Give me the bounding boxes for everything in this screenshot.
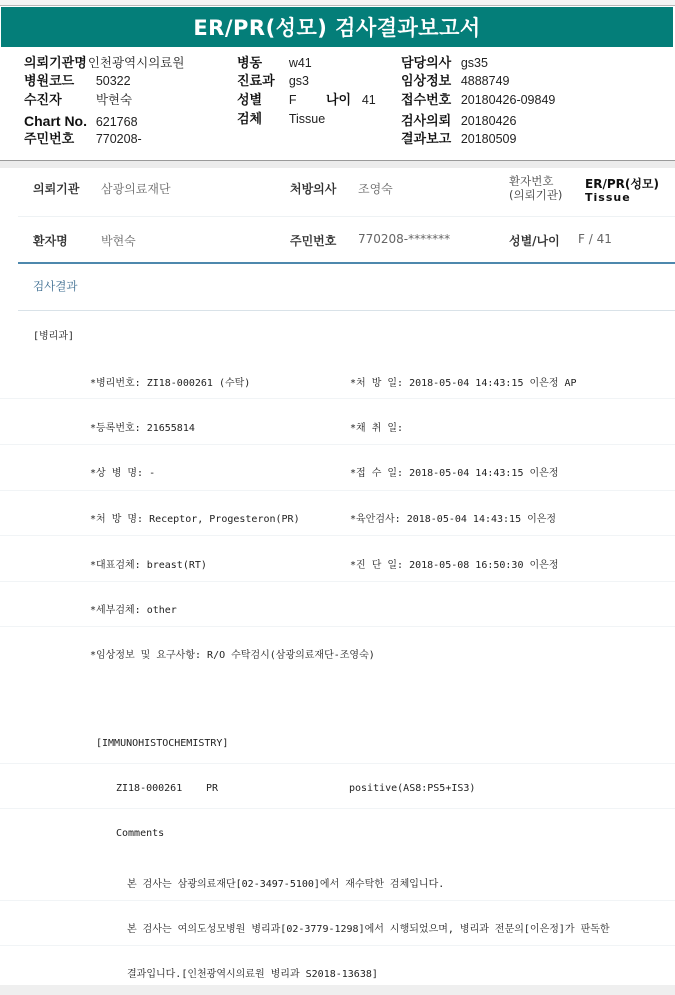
row-divider bbox=[0, 900, 675, 901]
result-diagnosis-date: *진 단 일: 2018-05-08 16:50:30 이은정 bbox=[350, 556, 558, 571]
results-section-title: 검사결과 bbox=[33, 278, 77, 294]
comments-label: Comments bbox=[116, 828, 164, 839]
row-divider bbox=[0, 808, 675, 809]
result-collection-date: *채 취 일: bbox=[350, 419, 403, 434]
header-hospital-code: 병원코드 50322 bbox=[24, 72, 131, 91]
result-order-date: *처 방 일: 2018-05-04 14:43:15 이은정 AP bbox=[350, 374, 577, 389]
result-clinical-request: *임상정보 및 요구사항: R/O 수탁검시(삼광의료재단-조영숙) bbox=[90, 646, 375, 661]
header-rrn: 주민번호 770208- bbox=[24, 130, 142, 149]
header-report-date: 결과보고 20180509 bbox=[401, 130, 516, 149]
comment-line-1: 본 검사는 삼광의료재단[02-3497-5100]에서 재수탁한 검체입니다. bbox=[127, 875, 444, 890]
row-divider bbox=[0, 763, 675, 764]
row-divider bbox=[18, 216, 675, 217]
header-sex: 성별 F bbox=[237, 91, 296, 110]
header-specimen: 검체 Tissue bbox=[237, 110, 325, 129]
header-attending: 담당의사 gs35 bbox=[401, 54, 488, 73]
header-receipt-no: 접수번호 20180426-09849 bbox=[401, 91, 555, 110]
section-separator bbox=[0, 160, 675, 168]
header-ward: 병동 w41 bbox=[237, 54, 312, 73]
ihc-marker: PR bbox=[206, 783, 218, 794]
ihc-title: [IMMUNOHISTOCHEMISTRY] bbox=[96, 738, 228, 749]
header-request-date: 검사의뢰 20180426 bbox=[401, 112, 516, 131]
ihc-specimen-id: ZI18-000261 bbox=[116, 783, 182, 794]
row-divider bbox=[0, 945, 675, 946]
test-name: ER/PR(성모) bbox=[585, 175, 659, 192]
result-gross-exam: *육안검사: 2018-05-04 14:43:15 이은정 bbox=[350, 510, 556, 525]
ihc-result: positive(AS8:PS5+IS3) bbox=[349, 783, 475, 794]
header-clinical-info: 임상정보 4888749 bbox=[401, 72, 510, 91]
result-registration-no: *등록번호: 21655814 bbox=[90, 419, 195, 434]
test-specimen: Tissue bbox=[585, 191, 631, 204]
header-patient: 수진자 박현숙 bbox=[24, 91, 132, 110]
result-order-name: *처 방 명: Receptor, Progesteron(PR) bbox=[90, 510, 300, 525]
header-age: 나이 41 bbox=[326, 91, 376, 110]
row-divider bbox=[0, 398, 675, 399]
results-divider bbox=[18, 310, 675, 311]
result-sub-specimen: *세부검체: other bbox=[90, 601, 177, 616]
row-divider bbox=[0, 490, 675, 491]
top-border bbox=[0, 0, 675, 6]
row-divider bbox=[0, 535, 675, 536]
header-institution: 의뢰기관명 인천광역시의료원 bbox=[24, 54, 184, 73]
row-divider bbox=[0, 581, 675, 582]
result-pathology-no: *병리번호: ZI18-000261 (수탁) bbox=[90, 374, 250, 389]
report-title-bar: ER/PR(성모) 검사결과보고서 bbox=[1, 7, 673, 47]
department-label: [병리과] bbox=[33, 327, 74, 342]
result-receipt-date: *접 수 일: 2018-05-04 14:43:15 이은정 bbox=[350, 464, 558, 479]
row-divider bbox=[0, 444, 675, 445]
result-diagnosis-name: *상 병 명: - bbox=[90, 464, 155, 479]
row-divider bbox=[0, 626, 675, 627]
section-divider bbox=[18, 262, 675, 264]
bottom-strip bbox=[0, 985, 675, 995]
comment-line-3: 결과입니다.[인천광역시의료원 병리과 S2018-13638] bbox=[127, 965, 378, 980]
result-main-specimen: *대표검체: breast(RT) bbox=[90, 556, 207, 571]
info-row-1: 의뢰기관 삼광의료재단 처방의사 조영숙 환자번호 (의뢰기관) ER/PR(성… bbox=[0, 176, 675, 216]
comment-line-2: 본 검사는 여의도성모병원 병리과[02-3779-1298]에서 시행되었으며… bbox=[127, 920, 610, 935]
info-row-2: 환자명 박현숙 주민번호 770208-******* 성별/나이 F / 41 bbox=[0, 232, 675, 252]
report-title: ER/PR(성모) 검사결과보고서 bbox=[193, 12, 480, 42]
header-department: 진료과 gs3 bbox=[237, 72, 309, 91]
header-chart-no: Chart No. 621768 bbox=[24, 112, 138, 131]
